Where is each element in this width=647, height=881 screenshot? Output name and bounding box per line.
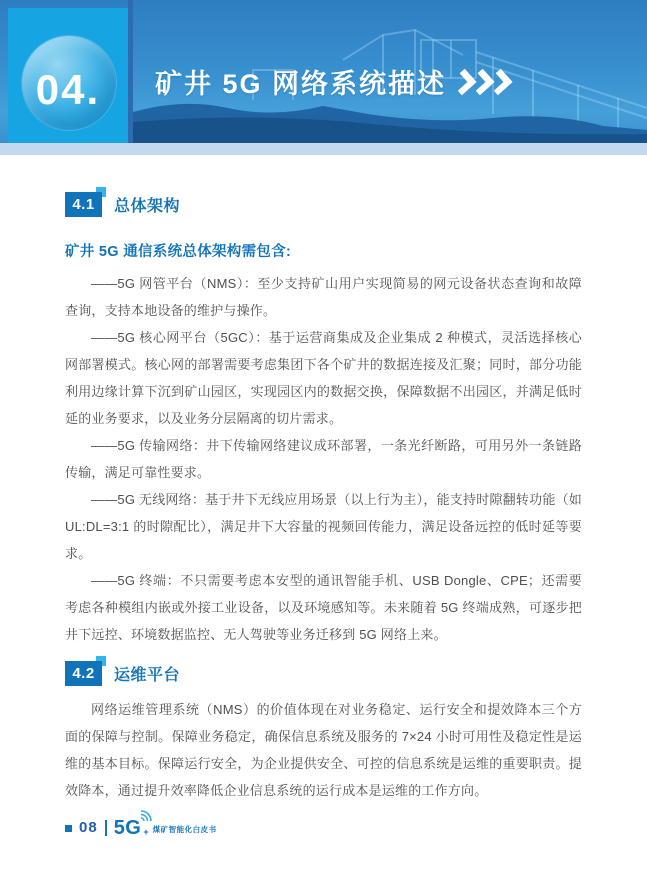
- section-heading-4-2: 4.2 运维平台: [65, 661, 582, 686]
- section-number-badge: 4.2: [65, 661, 102, 686]
- header-vertical-divider: [128, 0, 133, 143]
- footer-brand: 5G: [114, 818, 142, 838]
- section-4-2-paragraphs: 网络运维管理系统（NMS）的价值体现在对业务稳定、运行安全和提效降本三个方面的保…: [65, 696, 582, 804]
- section-number: 4.1: [72, 196, 94, 213]
- chapter-title: 矿井 5G 网络系统描述: [155, 62, 446, 101]
- chapter-number: 04.: [8, 66, 128, 114]
- page-content: 4.1 总体架构 矿井 5G 通信系统总体架构需包含: ——5G 网管平台（NM…: [0, 155, 647, 804]
- page-number: 08: [79, 819, 98, 836]
- paragraph-nms: ——5G 网管平台（NMS）：至少支持矿山用户实现简易的网元设备状态查询和故障查…: [65, 270, 582, 324]
- document-page: 04. 矿井 5G 网络系统描述 4.1 总体架构 矿井 5G 通信系统总体架构…: [0, 0, 647, 881]
- section-intro-line: 矿井 5G 通信系统总体架构需包含:: [65, 240, 582, 261]
- page-footer: 08 5G + 煤矿智能化白皮书: [65, 816, 217, 838]
- paragraph-terminals: ——5G 终端：不只需要考虑本安型的通讯智能手机、USB Dongle、CPE；…: [65, 567, 582, 648]
- square-bullet-icon: [65, 825, 72, 832]
- section-number: 4.2: [72, 665, 94, 682]
- paragraph-om-platform: 网络运维管理系统（NMS）的价值体现在对业务稳定、运行安全和提效降本三个方面的保…: [65, 696, 582, 804]
- header-bottom-band: [0, 143, 647, 155]
- chapter-header-banner: 04. 矿井 5G 网络系统描述: [0, 0, 647, 143]
- paragraph-5gc: ——5G 核心网平台（5GC）：基于运营商集成及企业集成 2 种模式，灵活选择核…: [65, 324, 582, 432]
- section-number-badge: 4.1: [65, 192, 102, 217]
- paragraph-transport-network: ——5G 传输网络：井下传输网络建议成环部署，一条光纤断路，可用另外一条链路传输…: [65, 432, 582, 486]
- paragraph-wireless-network: ——5G 无线网络：基于井下无线应用场景（以上行为主），能支持时隙翻转功能（如 …: [65, 486, 582, 567]
- footer-brand-5g: 5G: [114, 818, 142, 838]
- section-title: 总体架构: [114, 193, 180, 216]
- chapter-number-box: 04.: [8, 8, 128, 143]
- footer-book-title: 煤矿智能化白皮书: [153, 824, 217, 835]
- footer-brand-plus: +: [143, 827, 148, 837]
- section-4-1-paragraphs: ——5G 网管平台（NMS）：至少支持矿山用户实现简易的网元设备状态查询和故障查…: [65, 270, 582, 648]
- signal-waves-icon: [139, 809, 154, 822]
- section-heading-4-1: 4.1 总体架构: [65, 192, 582, 217]
- footer-divider-bar: [105, 820, 107, 836]
- triple-chevron-icon: [457, 68, 518, 96]
- section-title: 运维平台: [114, 662, 180, 685]
- chapter-title-row: 矿井 5G 网络系统描述: [155, 62, 516, 101]
